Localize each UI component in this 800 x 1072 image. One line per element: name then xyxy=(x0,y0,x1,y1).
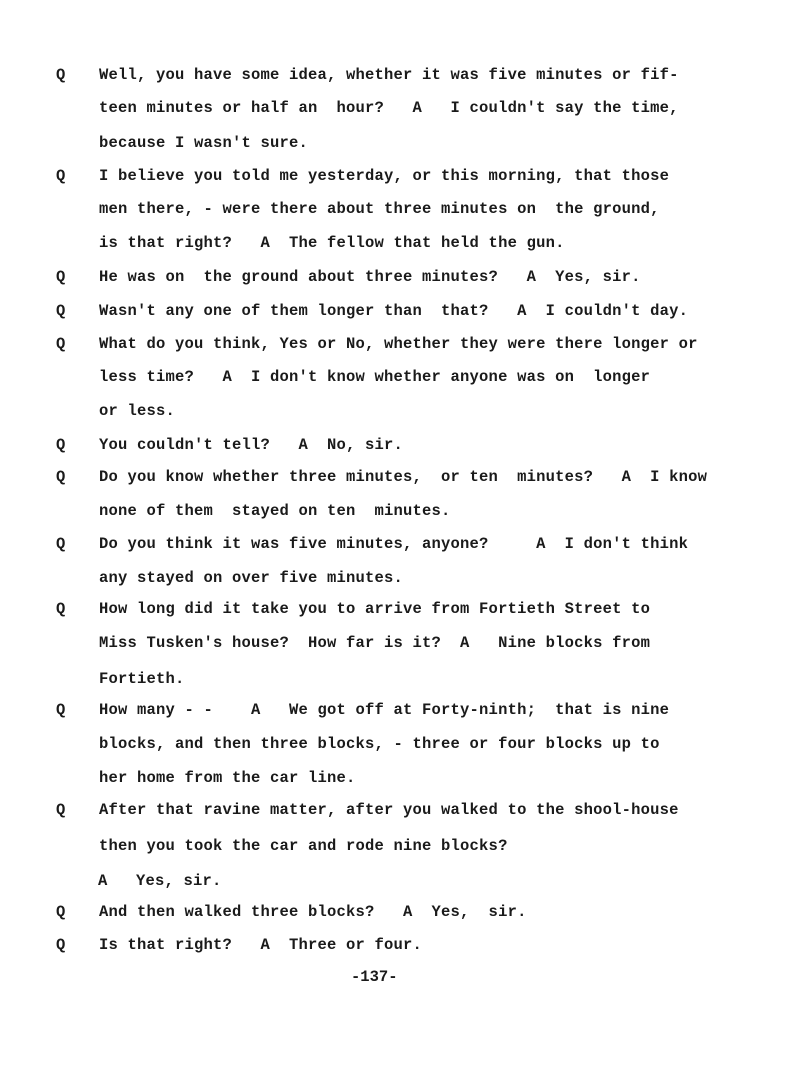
transcript-line: none of them stayed on ten minutes. xyxy=(99,502,451,520)
transcript-line: After that ravine matter, after you walk… xyxy=(99,801,679,819)
speaker-label: Q xyxy=(56,436,65,454)
transcript-line: teen minutes or half an hour? A I couldn… xyxy=(99,99,679,117)
transcript-line: I believe you told me yesterday, or this… xyxy=(99,167,669,185)
transcript-line: How long did it take you to arrive from … xyxy=(99,600,650,618)
transcript-line: because I wasn't sure. xyxy=(99,134,308,152)
speaker-label: Q xyxy=(56,335,65,353)
speaker-label: Q xyxy=(56,701,65,719)
transcript-line: Fortieth. xyxy=(99,670,185,688)
transcript-line: Do you think it was five minutes, anyone… xyxy=(99,535,688,553)
speaker-label: Q xyxy=(56,801,65,819)
transcript-line: then you took the car and rode nine bloc… xyxy=(99,837,508,855)
transcript-line: How many - - A We got off at Forty-ninth… xyxy=(99,701,669,719)
speaker-label: Q xyxy=(56,903,65,921)
transcript-line: He was on the ground about three minutes… xyxy=(99,268,641,286)
transcript-line: Miss Tusken's house? How far is it? A Ni… xyxy=(99,634,650,652)
transcript-line: is that right? A The fellow that held th… xyxy=(99,234,565,252)
transcript-line: And then walked three blocks? A Yes, sir… xyxy=(99,903,527,921)
speaker-label: Q xyxy=(56,535,65,553)
transcript-line: men there, - were there about three minu… xyxy=(99,200,660,218)
speaker-label: Q xyxy=(56,600,65,618)
speaker-label: Q xyxy=(56,468,65,486)
speaker-label: Q xyxy=(56,268,65,286)
transcript-line: Well, you have some idea, whether it was… xyxy=(99,66,679,84)
speaker-label: Q xyxy=(56,167,65,185)
transcript-line: Do you know whether three minutes, or te… xyxy=(99,468,707,486)
transcript-line: You couldn't tell? A No, sir. xyxy=(99,436,403,454)
transcript-line: Wasn't any one of them longer than that?… xyxy=(99,302,688,320)
transcript-line: any stayed on over five minutes. xyxy=(99,569,403,587)
speaker-label: Q xyxy=(56,936,65,954)
transcript-line: Is that right? A Three or four. xyxy=(99,936,422,954)
speaker-label: Q xyxy=(56,302,65,320)
transcript-line: less time? A I don't know whether anyone… xyxy=(99,368,650,386)
transcript-line: or less. xyxy=(99,402,175,420)
page-number: -137- xyxy=(351,968,398,986)
transcript-line: A Yes, sir. xyxy=(98,872,222,890)
transcript-line: her home from the car line. xyxy=(99,769,356,787)
transcript-line: blocks, and then three blocks, - three o… xyxy=(99,735,660,753)
speaker-label: Q xyxy=(56,66,65,84)
transcript-line: What do you think, Yes or No, whether th… xyxy=(99,335,698,353)
